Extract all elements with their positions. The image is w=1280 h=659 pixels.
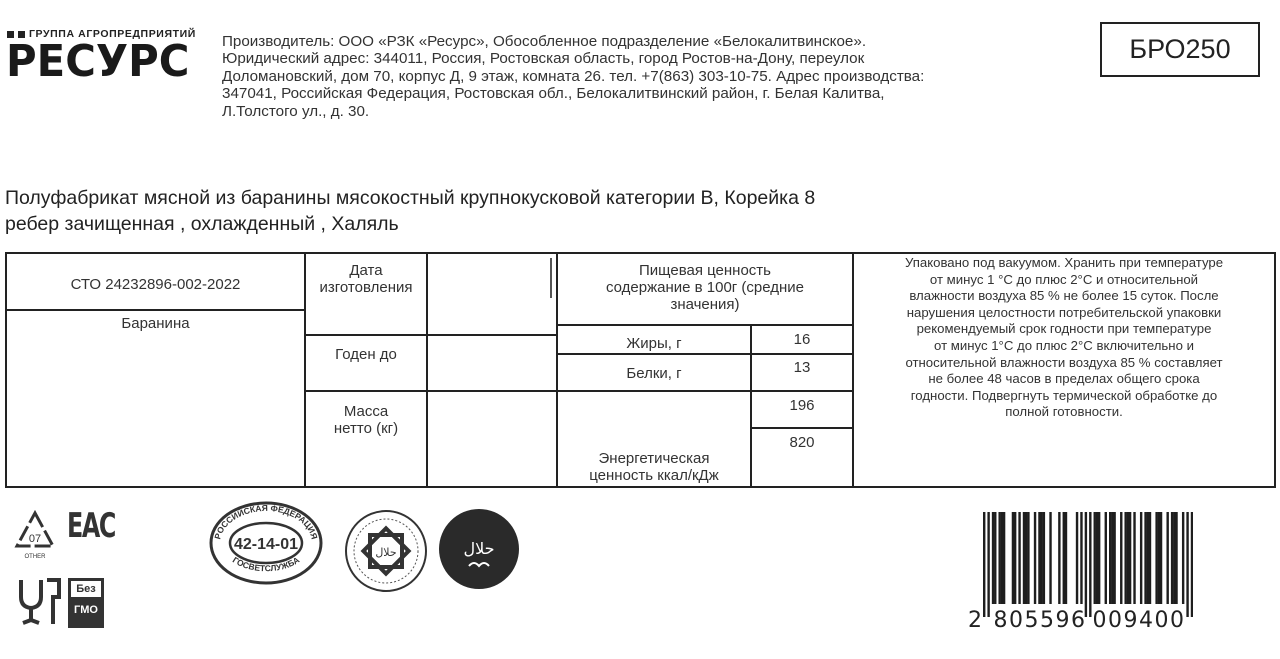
product-code-box: БРО250 bbox=[1100, 22, 1260, 77]
table-border bbox=[1274, 252, 1276, 488]
svg-text:حلال: حلال bbox=[375, 546, 396, 559]
nutrition-header: Пищевая ценность содержание в 100г (сред… bbox=[558, 262, 852, 313]
vet-stamp-icon: РОССИЙСКАЯ ФЕДЕРАЦИЯ ГОСВЕТСЛУЖБА 42-14-… bbox=[208, 500, 324, 586]
raw-material: Баранина bbox=[7, 315, 304, 332]
manufacturer-line: Доломановский, дом 70, корпус Д, 9 этаж,… bbox=[222, 68, 1082, 85]
product-title-line: ребер зачищенная , охлажденный , Халяль bbox=[5, 211, 1025, 237]
table-divider bbox=[426, 252, 428, 488]
print-mark bbox=[550, 258, 552, 298]
manufacturer-info: Производитель: ООО «РЗК «Ресурс», Обособ… bbox=[222, 33, 1082, 120]
table-divider bbox=[304, 390, 558, 392]
net-mass-label: Масса нетто (кг) bbox=[306, 403, 426, 437]
manufacturer-line: 347041, Российская Федерация, Ростовская… bbox=[222, 85, 1082, 102]
halal-certification-icon: حلال bbox=[343, 508, 429, 594]
barcode bbox=[983, 512, 1193, 617]
manufacturer-line: Производитель: ООО «РЗК «Ресурс», Обособ… bbox=[222, 33, 1082, 50]
fat-value: 16 bbox=[752, 331, 852, 348]
svg-text:حلال: حلال bbox=[463, 539, 494, 558]
table-divider bbox=[852, 252, 854, 488]
table-divider bbox=[750, 427, 854, 429]
logo-name: РЕСУРС bbox=[6, 36, 189, 87]
eac-icon: EAC bbox=[67, 506, 115, 546]
table-divider bbox=[5, 309, 306, 311]
svg-text:07: 07 bbox=[29, 533, 41, 545]
svg-text:OTHER: OTHER bbox=[25, 554, 47, 560]
protein-label: Белки, г bbox=[558, 365, 750, 382]
best-before-label: Годен до bbox=[306, 346, 426, 363]
standard-code: СТО 24232896-002-2022 bbox=[7, 276, 304, 293]
barcode-number: 2805596009400 bbox=[968, 608, 1185, 633]
table-divider bbox=[556, 324, 854, 326]
product-title-line: Полуфабрикат мясной из баранины мясокост… bbox=[5, 185, 1025, 211]
production-date-label: Дата изготовления bbox=[306, 262, 426, 296]
storage-conditions: Упаковано под вакуумом. Хранить при темп… bbox=[855, 255, 1273, 421]
table-divider bbox=[556, 353, 854, 355]
product-code: БРО250 bbox=[1129, 34, 1230, 65]
manufacturer-line: Л.Толстого ул., д. 30. bbox=[222, 103, 1082, 120]
table-divider bbox=[556, 390, 854, 392]
fat-label: Жиры, г bbox=[558, 335, 750, 352]
table-divider bbox=[304, 334, 558, 336]
food-safe-icon bbox=[17, 577, 61, 627]
manufacturer-line: Юридический адрес: 344011, Россия, Росто… bbox=[222, 50, 1082, 67]
gmo-free-icon: Без ГМО bbox=[68, 578, 104, 628]
svg-text:42-14-01: 42-14-01 bbox=[234, 536, 298, 553]
recycle-icon: 07 OTHER bbox=[12, 510, 58, 560]
table-border bbox=[5, 486, 1276, 488]
svg-text:РОССИЙСКАЯ ФЕДЕРАЦИЯ: РОССИЙСКАЯ ФЕДЕРАЦИЯ bbox=[212, 503, 319, 540]
table-border bbox=[5, 252, 1276, 254]
logo: РЕСУРС bbox=[6, 40, 189, 84]
product-title: Полуфабрикат мясной из баранины мясокост… bbox=[5, 185, 1025, 237]
energy-kcal-value: 196 bbox=[752, 397, 852, 414]
energy-kj-value: 820 bbox=[752, 434, 852, 451]
halal-emblem-icon: حلال bbox=[438, 508, 520, 590]
energy-label: Энергетическая ценность ккал/кДж bbox=[558, 450, 750, 484]
protein-value: 13 bbox=[752, 359, 852, 376]
